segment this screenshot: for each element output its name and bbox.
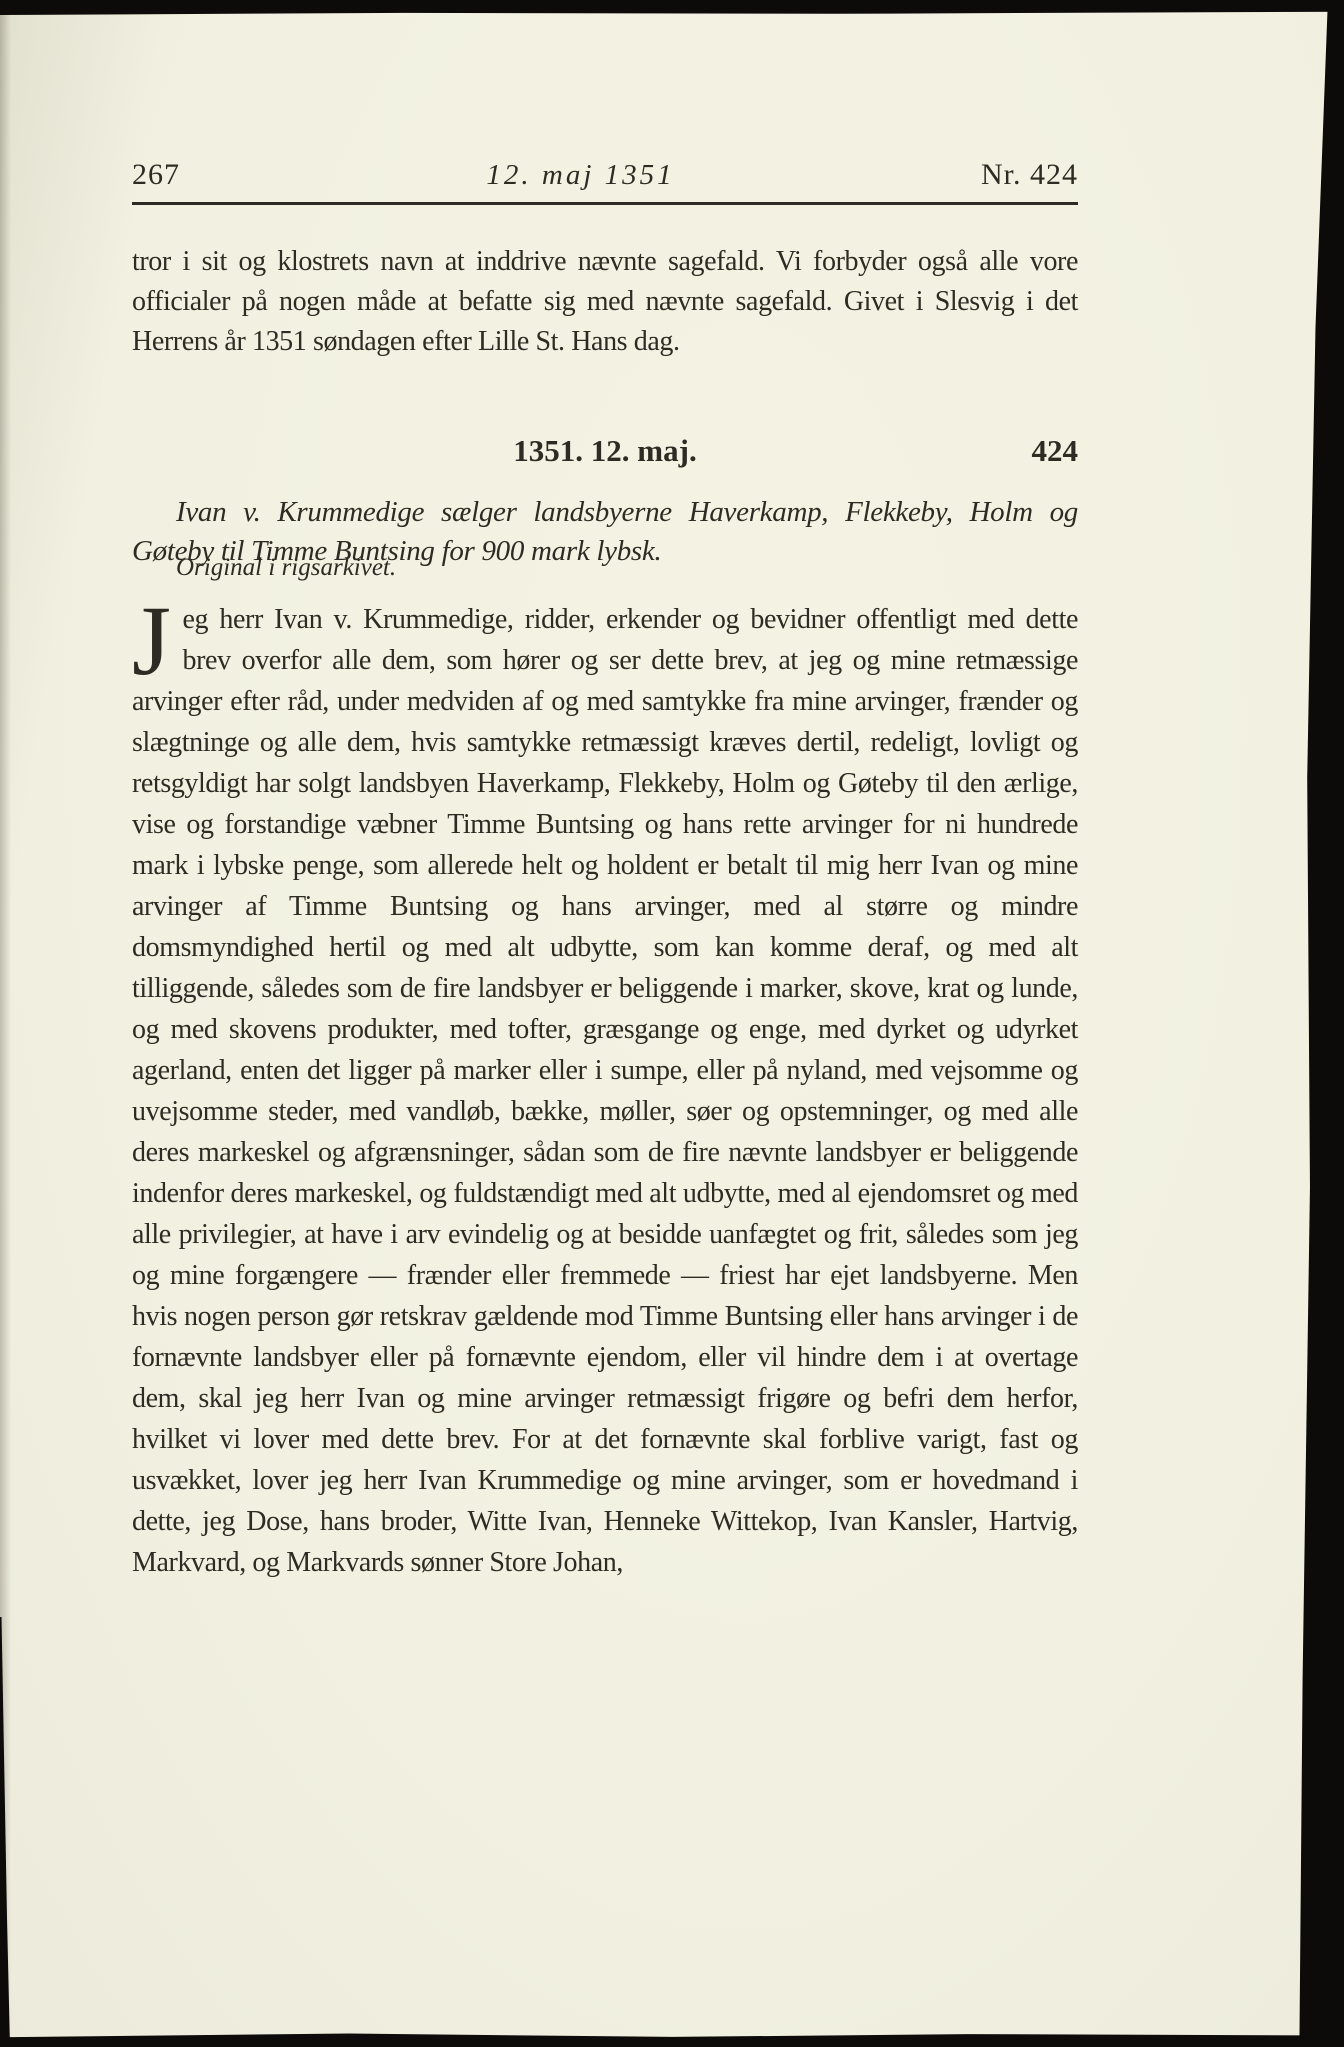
running-head-entry-number: Nr. 424 — [981, 158, 1078, 192]
page-number: 267 — [132, 158, 180, 192]
running-head-date: 12. maj 1351 — [180, 159, 981, 192]
entry-number: 424 — [1032, 433, 1079, 469]
entry-body: Jeg herr Ivan v. Krummedige, ridder, erk… — [132, 599, 1078, 1583]
entry-body-text: eg herr Ivan v. Krummedige, ridder, erke… — [132, 604, 1078, 1578]
running-header: 267 12. maj 1351 Nr. 424 — [132, 158, 1078, 205]
scanned-book-page: { "document": { "header": { "page_number… — [0, 0, 1344, 2047]
drop-cap-initial: J — [132, 599, 183, 681]
continuation-paragraph: tror i sit og klostrets navn at inddrive… — [132, 242, 1078, 362]
entry-source-note: Original i rigsarkivet. — [176, 554, 396, 582]
entry-date-heading: 1351. 12. maj. — [513, 433, 696, 468]
entry-heading-row: 1351. 12. maj. 424 — [132, 433, 1078, 469]
